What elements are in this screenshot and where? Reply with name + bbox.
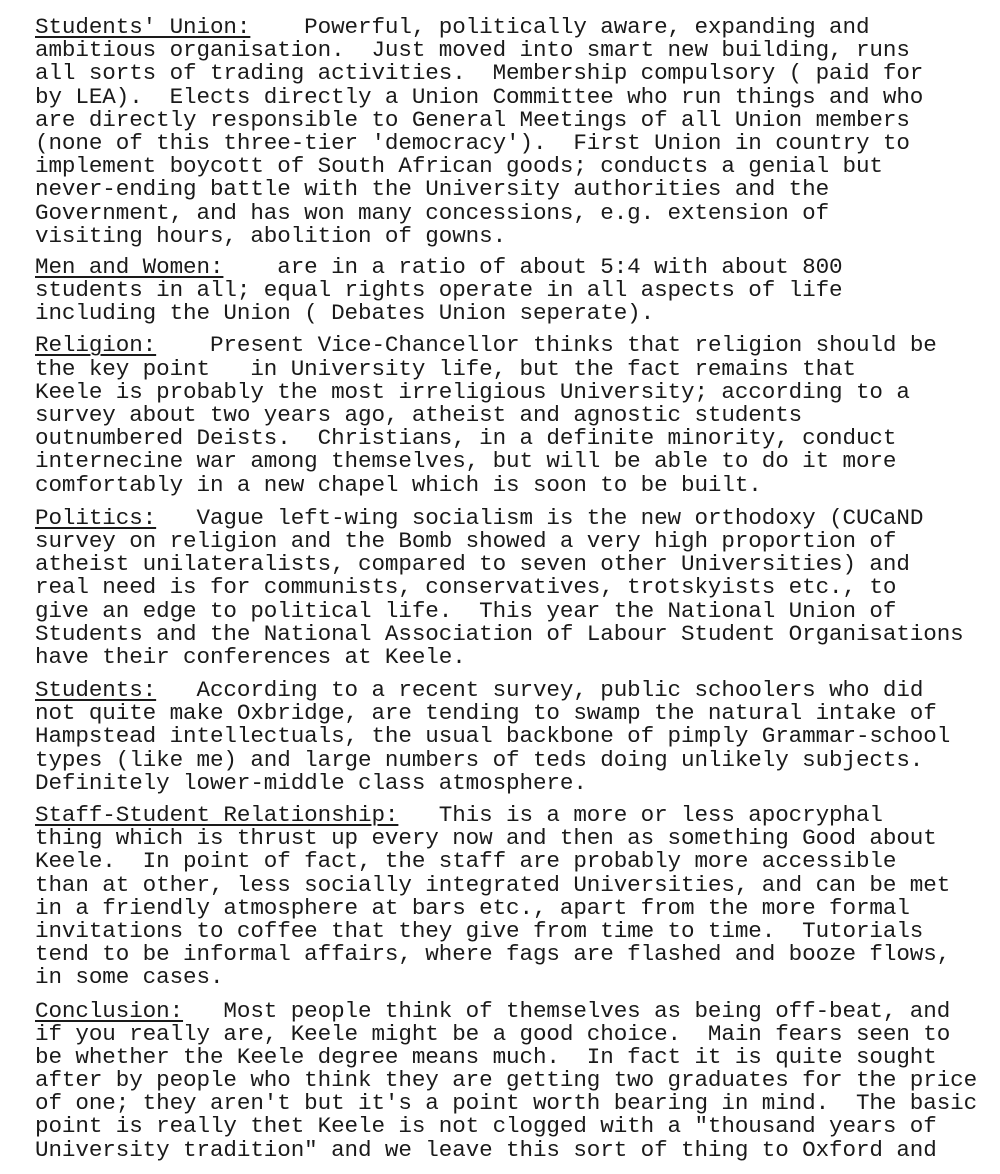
section-first-line: Conclusion: Most people think of themsel… xyxy=(35,1000,995,1023)
text-line: by LEA). Elects directly a Union Committ… xyxy=(35,86,995,109)
text-line: never-ending battle with the University … xyxy=(35,178,995,201)
text-line: in a friendly atmosphere at bars etc., a… xyxy=(35,897,995,920)
section-text: This is a more or less apocryphal xyxy=(398,802,883,828)
text-line: invitations to coffee that they give fro… xyxy=(35,920,995,943)
text-line: thing which is thrust up every now and t… xyxy=(35,827,995,850)
text-line: have their conferences at Keele. xyxy=(35,646,995,669)
text-line: (none of this three-tier 'democracy'). F… xyxy=(35,132,995,155)
text-line: be whether the Keele degree means much. … xyxy=(35,1046,995,1069)
section-heading: Students' Union: xyxy=(35,14,250,40)
text-line: types (like me) and large numbers of ted… xyxy=(35,749,995,772)
text-line: point is really thet Keele is not clogge… xyxy=(35,1115,995,1138)
section-first-line: Men and Women: are in a ratio of about 5… xyxy=(35,256,995,279)
text-line: Government, and has won many concessions… xyxy=(35,202,995,225)
section-religion: Religion: Present Vice-Chancellor thinks… xyxy=(35,334,995,496)
section-conclusion: Conclusion: Most people think of themsel… xyxy=(35,1000,995,1162)
text-line: University tradition" and we leave this … xyxy=(35,1139,995,1162)
text-line: atheist unilateralists, compared to seve… xyxy=(35,553,995,576)
text-line: the key point in University life, but th… xyxy=(35,358,995,381)
text-line: implement boycott of South African goods… xyxy=(35,155,995,178)
text-line: Students and the National Association of… xyxy=(35,623,995,646)
text-line: Keele is probably the most irreligious U… xyxy=(35,381,995,404)
text-line: than at other, less socially integrated … xyxy=(35,874,995,897)
section-heading: Religion: xyxy=(35,332,156,358)
section-text: are in a ratio of about 5:4 with about 8… xyxy=(223,254,842,280)
section-text: Present Vice-Chancellor thinks that reli… xyxy=(156,332,937,358)
text-line: outnumbered Deists. Christians, in a def… xyxy=(35,427,995,450)
section-staff-student-relationship: Staff-Student Relationship: This is a mo… xyxy=(35,804,995,990)
text-line: if you really are, Keele might be a good… xyxy=(35,1023,995,1046)
text-line: of one; they aren't but it's a point wor… xyxy=(35,1092,995,1115)
section-text: Vague left-wing socialism is the new ort… xyxy=(156,505,923,531)
section-students-union: Students' Union: Powerful, politically a… xyxy=(35,16,995,248)
text-line: survey on religion and the Bomb showed a… xyxy=(35,530,995,553)
text-line: Definitely lower-middle class atmosphere… xyxy=(35,772,995,795)
section-heading: Students: xyxy=(35,677,156,703)
section-first-line: Students: According to a recent survey, … xyxy=(35,679,995,702)
text-line: comfortably in a new chapel which is soo… xyxy=(35,474,995,497)
text-line: Hampstead intellectuals, the usual backb… xyxy=(35,725,995,748)
section-men-and-women: Men and Women: are in a ratio of about 5… xyxy=(35,256,995,326)
typewritten-page: Students' Union: Powerful, politically a… xyxy=(35,16,995,1170)
text-line: in some cases. xyxy=(35,966,995,989)
section-politics: Politics: Vague left-wing socialism is t… xyxy=(35,507,995,669)
section-first-line: Students' Union: Powerful, politically a… xyxy=(35,16,995,39)
section-heading: Conclusion: xyxy=(35,998,183,1024)
section-text: Powerful, politically aware, expanding a… xyxy=(250,14,869,40)
section-first-line: Staff-Student Relationship: This is a mo… xyxy=(35,804,995,827)
text-line: give an edge to political life. This yea… xyxy=(35,600,995,623)
section-text: Most people think of themselves as being… xyxy=(183,998,950,1024)
text-line: Keele. In point of fact, the staff are p… xyxy=(35,850,995,873)
section-first-line: Religion: Present Vice-Chancellor thinks… xyxy=(35,334,995,357)
text-line: students in all; equal rights operate in… xyxy=(35,279,995,302)
section-students: Students: According to a recent survey, … xyxy=(35,679,995,795)
text-line: after by people who think they are getti… xyxy=(35,1069,995,1092)
text-line: all sorts of trading activities. Members… xyxy=(35,62,995,85)
text-line: internecine war among themselves, but wi… xyxy=(35,450,995,473)
text-line: ambitious organisation. Just moved into … xyxy=(35,39,995,62)
text-line: tend to be informal affairs, where fags … xyxy=(35,943,995,966)
section-heading: Politics: xyxy=(35,505,156,531)
text-line: survey about two years ago, atheist and … xyxy=(35,404,995,427)
text-line: real need is for communists, conservativ… xyxy=(35,576,995,599)
text-line: visiting hours, abolition of gowns. xyxy=(35,225,995,248)
section-first-line: Politics: Vague left-wing socialism is t… xyxy=(35,507,995,530)
text-line: not quite make Oxbridge, are tending to … xyxy=(35,702,995,725)
section-heading: Staff-Student Relationship: xyxy=(35,802,398,828)
text-line: including the Union ( Debates Union sepe… xyxy=(35,302,995,325)
section-text: According to a recent survey, public sch… xyxy=(156,677,923,703)
text-line: are directly responsible to General Meet… xyxy=(35,109,995,132)
section-heading: Men and Women: xyxy=(35,254,223,280)
